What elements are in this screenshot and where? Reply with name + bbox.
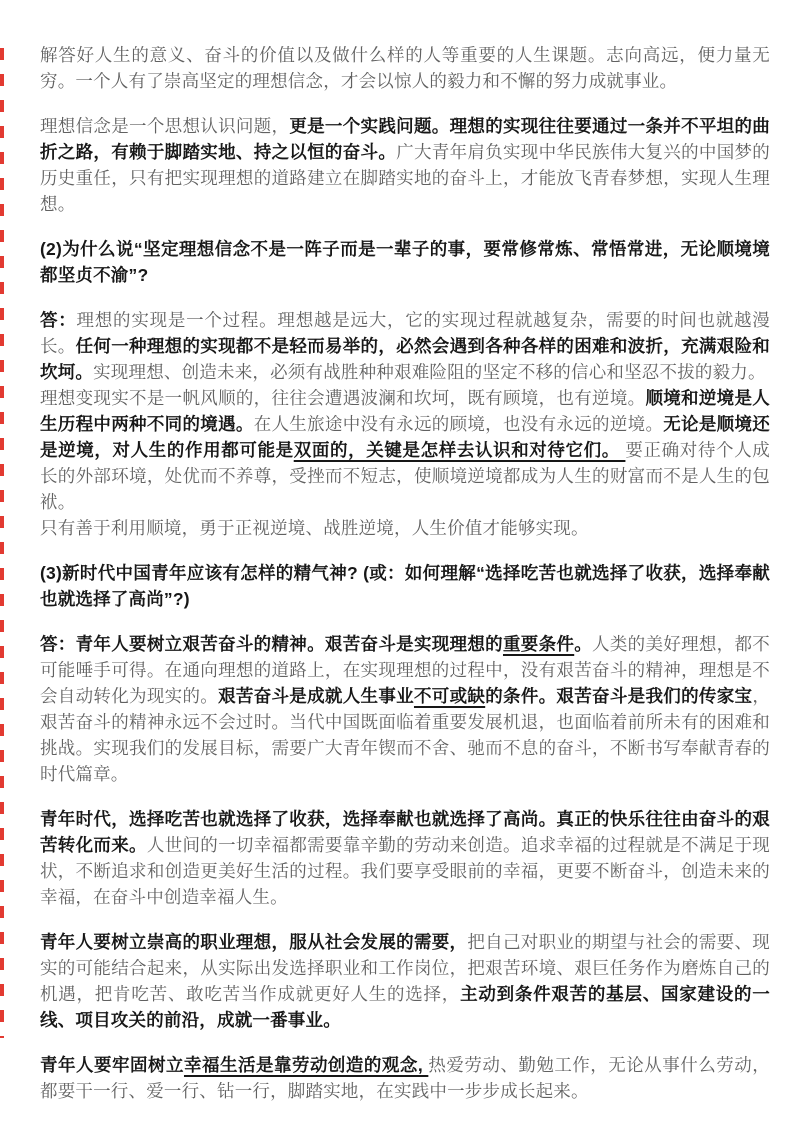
text-run: 人世间的一切幸福都需要靠辛勤的劳动来创造。追求幸福的过程就是不满足于现状，不断追… xyxy=(40,835,770,907)
text-run: 的条件。艰苦奋斗是我们的传家宝 xyxy=(485,686,752,706)
text-run: (2)为什么说“坚定理想信念不是一阵子而是一辈子的事，要常修常炼、常悟常进，无论… xyxy=(40,239,770,285)
text-run: 艰苦奋斗是成就人生事业 xyxy=(218,686,414,706)
text-run: 重要条件 xyxy=(503,634,574,654)
answer-3-part-1: 答：青年人要树立艰苦奋斗的精神。艰苦奋斗是实现理想的重要条件。人类的美好理想，都… xyxy=(40,631,770,787)
text-run: 青年人要牢固树立 xyxy=(40,1055,184,1075)
text-run: 青年人要树立崇高的职业理想，服从社会发展的需要， xyxy=(40,932,467,952)
ideal-belief-paragraph: 理想信念是一个思想认识问题，更是一个实践问题。理想的实现往往要通过一条并不平坦的… xyxy=(40,113,770,217)
text-run: 只有善于利用顺境，勇于正视逆境、战胜逆境，人生价值才能够实现。 xyxy=(40,518,589,538)
question-3: (3)新时代中国青年应该有怎样的精气神? (或：如何理解“选择吃苦也就选择了收获… xyxy=(40,560,770,612)
text-run: 不可或缺 xyxy=(414,686,485,706)
text-run: 。 xyxy=(574,634,592,654)
answer-2-part-2: 理想变现实不是一帆风顺的，往往会遭遇波澜和坎坷，既有顾境，也有逆境。顺境和逆境是… xyxy=(40,385,770,515)
text-run: 理想信念是一个思想认识问题， xyxy=(40,116,289,136)
answer-3-part-2: 青年时代，选择吃苦也就选择了收获，选择奉献也就选择了高尚。真正的快乐往往由奋斗的… xyxy=(40,806,770,910)
text-run: 实现理想、创造未来，必须有战胜种种艰难险阻的坚定不移的信心和坚忍不拔的毅力。 xyxy=(93,362,766,382)
intro-paragraph: 解答好人生的意义、奋斗的价值以及做什么样的人等重要的人生课题。志向高远，便力量无… xyxy=(40,42,770,94)
text-run: 答： xyxy=(40,310,77,330)
text-run: 在人生旅途中没有永远的顾境，也没有永远的逆境。 xyxy=(254,414,664,434)
text-run: 幸福生活是靠劳动创造的观念, xyxy=(184,1055,428,1075)
answer-3-part-4: 青年人要牢固树立幸福生活是靠劳动创造的观念, 热爱劳动、勤勉工作，无论从事什么劳… xyxy=(40,1052,770,1104)
text-run: (3)新时代中国青年应该有怎样的精气神? (或：如何理解“选择吃苦也就选择了收获… xyxy=(40,563,770,609)
text-run: 双面的，关键是怎样去认识和对待它们。 xyxy=(294,440,626,460)
answer-3-part-3: 青年人要树立崇高的职业理想，服从社会发展的需要，把自己对职业的期望与社会的需要、… xyxy=(40,929,770,1033)
answer-2-part-1: 答：理想的实现是一个过程。理想越是远大，它的实现过程就越复杂，需要的时间也就越漫… xyxy=(40,307,770,385)
text-run: 理想变现实不是一帆风顺的，往往会遭遇波澜和坎坷，既有顾境，也有逆境。 xyxy=(40,388,645,408)
answer-2-part-3: 只有善于利用顺境，勇于正视逆境、战胜逆境，人生价值才能够实现。 xyxy=(40,515,770,541)
document-page: 解答好人生的意义、奋斗的价值以及做什么样的人等重要的人生课题。志向高远，便力量无… xyxy=(0,0,800,1131)
text-run: 答：青年人要树立艰苦奋斗的精神。艰苦奋斗是实现理想的 xyxy=(40,634,503,654)
left-margin-edit-marks xyxy=(0,48,4,1038)
question-2: (2)为什么说“坚定理想信念不是一阵子而是一辈子的事，要常修常炼、常悟常进，无论… xyxy=(40,236,770,288)
text-run: 解答好人生的意义、奋斗的价值以及做什么样的人等重要的人生课题。志向高远，便力量无… xyxy=(40,45,770,91)
document-body: 解答好人生的意义、奋斗的价值以及做什么样的人等重要的人生课题。志向高远，便力量无… xyxy=(40,42,770,1104)
